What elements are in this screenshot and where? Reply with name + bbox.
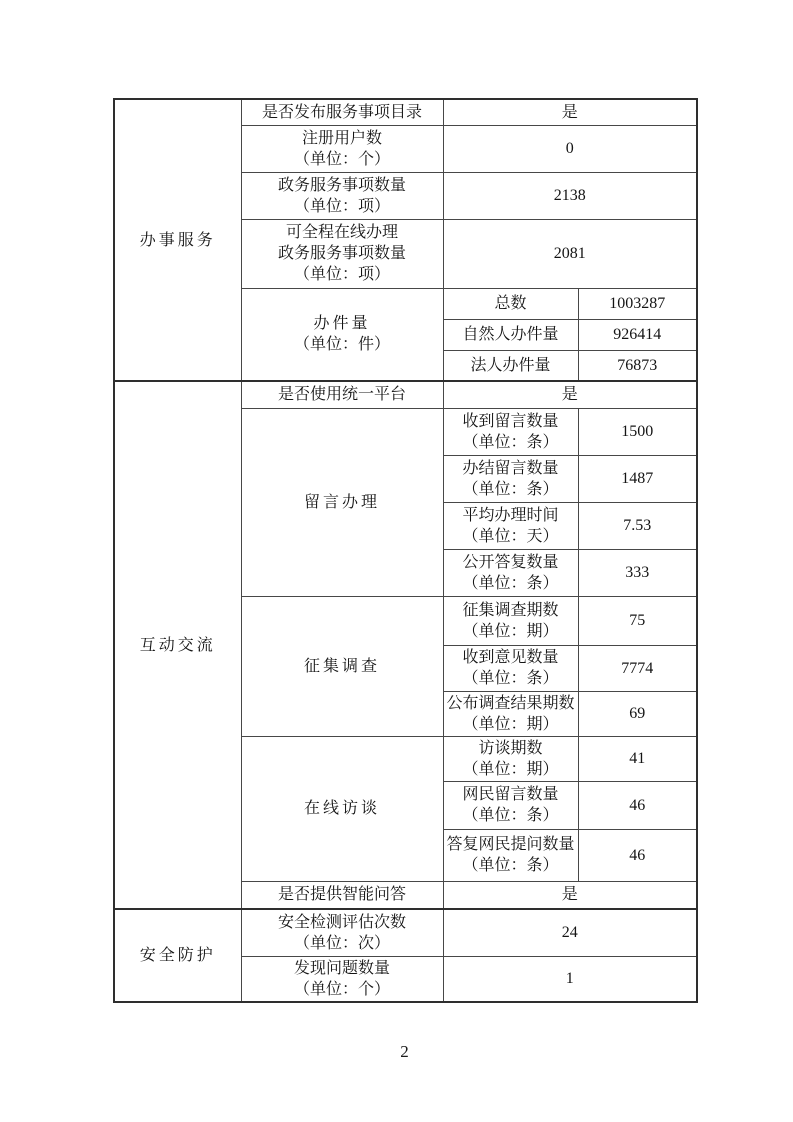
metric-label: 注册用户数 [244,128,441,149]
sub-label: 访谈期数 [446,738,576,759]
sub-label: 办结留言数量 [446,458,576,479]
table-row: 互动交流 是否使用统一平台 是 [114,381,697,408]
metric-label: 是否提供智能问答 [244,884,441,905]
sub-label: 收到留言数量 [446,411,576,432]
sub-label: 答复网民提问数量 [446,834,576,855]
metric-value-cell: 24 [443,909,697,956]
sub-unit: （单位：条） [446,805,576,826]
sub-label-cell: 收到意见数量 （单位：条） [443,645,578,691]
group-label: 办件量 [244,313,441,334]
sub-value: 75 [581,610,695,631]
metric-label: 政务服务事项数量 [244,175,441,196]
sub-value: 926414 [581,324,695,345]
metric-unit: （单位：个） [244,149,441,170]
metric-value: 是 [446,884,695,905]
sub-label-cell: 答复网民提问数量 （单位：条） [443,829,578,881]
metric-value: 1 [446,968,695,989]
metric-label: 是否使用统一平台 [244,384,441,405]
sub-value: 1500 [581,421,695,442]
metric-unit: （单位：个） [244,979,441,1000]
sub-unit: （单位：天） [446,526,576,547]
table-row: 办事服务 是否发布服务事项目录 是 [114,99,697,125]
group-label: 留言办理 [244,492,441,513]
sub-label-cell: 公开答复数量 （单位：条） [443,549,578,596]
metric-value-cell: 2081 [443,219,697,288]
category-cell-interaction: 互动交流 [114,381,241,909]
sub-value-cell: 69 [578,691,697,736]
sub-label-cell: 网民留言数量 （单位：条） [443,781,578,829]
sub-label: 征集调查期数 [446,600,576,621]
sub-label: 公布调查结果期数 [446,693,576,714]
group-label: 征集调查 [244,656,441,677]
metric-value: 2138 [446,185,695,206]
metric-value: 是 [446,102,695,123]
sub-value: 1003287 [581,293,695,314]
sub-value: 7.53 [581,515,695,536]
group-label-cell: 在线访谈 [241,736,443,881]
sub-value: 7774 [581,658,695,679]
metric-label-cell: 是否发布服务事项目录 [241,99,443,125]
sub-label-cell: 平均办理时间 （单位：天） [443,502,578,549]
sub-label: 收到意见数量 [446,647,576,668]
sub-unit: （单位：期） [446,714,576,735]
metric-label: 可全程在线办理 [244,222,441,243]
sub-label: 自然人办件量 [446,324,576,345]
sub-value: 1487 [581,468,695,489]
metric-label: 发现问题数量 [244,958,441,979]
sub-unit: （单位：期） [446,621,576,642]
sub-label-cell: 办结留言数量 （单位：条） [443,455,578,502]
metric-value: 是 [446,384,695,405]
metric-value-cell: 是 [443,99,697,125]
group-label: 在线访谈 [244,798,441,819]
metric-label-cell: 可全程在线办理 政务服务事项数量 （单位：项） [241,219,443,288]
metric-label-cell: 是否提供智能问答 [241,881,443,909]
metric-value-cell: 1 [443,956,697,1002]
group-label-cell: 留言办理 [241,408,443,596]
sub-unit: （单位：条） [446,668,576,689]
sub-unit: （单位：条） [446,479,576,500]
report-page: 办事服务 是否发布服务事项目录 是 注册用户数 （单位：个） 0 [0,0,793,1122]
metric-value-cell: 是 [443,881,697,909]
metric-unit: （单位：次） [244,933,441,954]
sub-label-cell: 总数 [443,288,578,319]
sub-label-cell: 访谈期数 （单位：期） [443,736,578,781]
sub-label: 公开答复数量 [446,552,576,573]
metric-label-cell: 发现问题数量 （单位：个） [241,956,443,1002]
metric-unit: （单位：项） [244,196,441,217]
metrics-table: 办事服务 是否发布服务事项目录 是 注册用户数 （单位：个） 0 [113,98,698,1003]
sub-value: 333 [581,562,695,583]
metric-label: 安全检测评估次数 [244,912,441,933]
metric-label-cell: 安全检测评估次数 （单位：次） [241,909,443,956]
metric-value: 0 [446,138,695,159]
metric-unit: （单位：项） [244,264,441,285]
sub-label-cell: 公布调查结果期数 （单位：期） [443,691,578,736]
sub-value-cell: 46 [578,829,697,881]
metric-label-cell: 政务服务事项数量 （单位：项） [241,172,443,219]
metric-label-cell: 是否使用统一平台 [241,381,443,408]
metric-value: 24 [446,922,695,943]
sub-value-cell: 75 [578,596,697,645]
metric-value: 2081 [446,243,695,264]
sub-value-cell: 333 [578,549,697,596]
sub-value-cell: 7774 [578,645,697,691]
sub-value-cell: 46 [578,781,697,829]
metric-value-cell: 是 [443,381,697,408]
sub-label: 网民留言数量 [446,784,576,805]
sub-value-cell: 1500 [578,408,697,455]
sub-unit: （单位：条） [446,855,576,876]
sub-label-cell: 法人办件量 [443,350,578,381]
metric-label-cell: 注册用户数 （单位：个） [241,125,443,172]
group-label-cell: 征集调查 [241,596,443,736]
sub-value: 76873 [581,355,695,376]
sub-label-cell: 收到留言数量 （单位：条） [443,408,578,455]
sub-unit: （单位：期） [446,759,576,780]
category-label: 互动交流 [117,635,239,656]
sub-label: 总数 [446,293,576,314]
category-cell-service: 办事服务 [114,99,241,381]
group-unit: （单位：件） [244,334,441,355]
table-row: 安全防护 安全检测评估次数 （单位：次） 24 [114,909,697,956]
sub-label-cell: 自然人办件量 [443,319,578,350]
category-cell-security: 安全防护 [114,909,241,1002]
metric-value-cell: 0 [443,125,697,172]
sub-value: 69 [581,703,695,724]
sub-value: 46 [581,845,695,866]
sub-value-cell: 41 [578,736,697,781]
sub-value-cell: 926414 [578,319,697,350]
sub-value-cell: 1487 [578,455,697,502]
metric-label: 是否发布服务事项目录 [244,102,441,123]
sub-unit: （单位：条） [446,573,576,594]
page-number: 2 [113,1042,696,1062]
sub-value-cell: 7.53 [578,502,697,549]
sub-value: 41 [581,748,695,769]
sub-unit: （单位：条） [446,432,576,453]
metric-value-cell: 2138 [443,172,697,219]
metric-label-line2: 政务服务事项数量 [244,243,441,264]
group-label-cell: 办件量 （单位：件） [241,288,443,381]
sub-value: 46 [581,795,695,816]
sub-value-cell: 76873 [578,350,697,381]
sub-label: 平均办理时间 [446,505,576,526]
sub-label-cell: 征集调查期数 （单位：期） [443,596,578,645]
sub-value-cell: 1003287 [578,288,697,319]
sub-label: 法人办件量 [446,355,576,376]
category-label: 安全防护 [117,945,239,966]
category-label: 办事服务 [117,230,239,251]
